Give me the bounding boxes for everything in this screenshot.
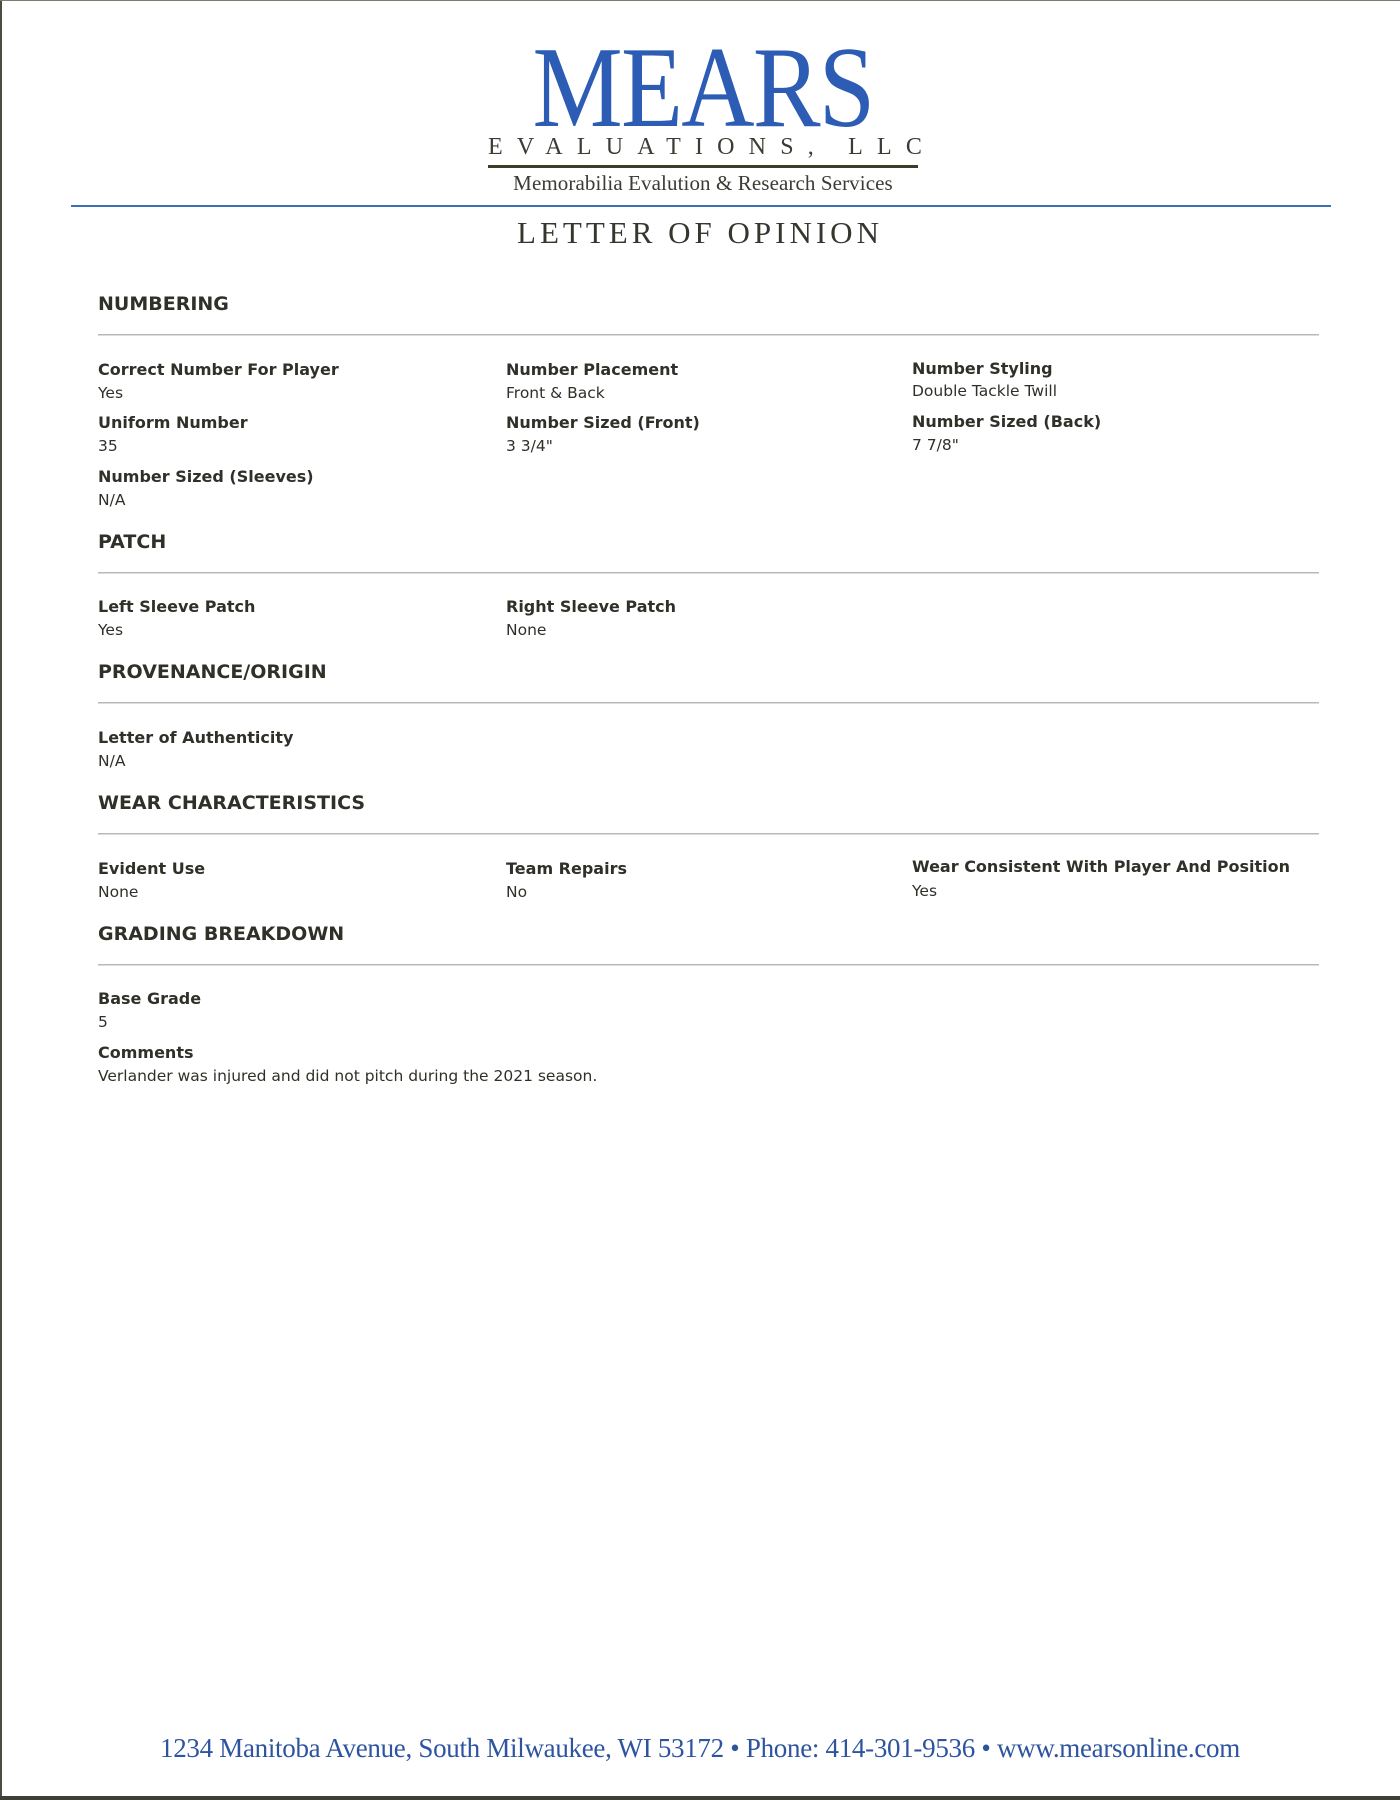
field-label: Uniform Number — [98, 413, 248, 433]
section-heading-wear: WEAR CHARACTERISTICS — [98, 792, 365, 814]
field-label: Evident Use — [98, 859, 205, 879]
document-title: LETTER OF OPINION — [0, 217, 1400, 249]
field-label: Number Styling — [912, 359, 1053, 379]
field-value: Front & Back — [506, 383, 605, 403]
field-label: Number Sized (Back) — [912, 412, 1101, 432]
logo-divider — [488, 165, 918, 168]
field-label: Comments — [98, 1043, 194, 1063]
field-value: 3 3/4" — [506, 436, 553, 456]
field-value: None — [98, 882, 138, 902]
brand-subtitle: EVALUATIONS, LLC — [488, 135, 918, 159]
field-label: Right Sleeve Patch — [506, 597, 676, 617]
section-divider — [98, 964, 1319, 966]
section-divider — [98, 702, 1319, 704]
field-label: Correct Number For Player — [98, 360, 339, 380]
field-label: Wear Consistent With Player And Position — [912, 857, 1290, 877]
field-label: Letter of Authenticity — [98, 728, 293, 748]
page-edge-left — [0, 0, 2, 1800]
section-heading-provenance: PROVENANCE/ORIGIN — [98, 661, 327, 683]
brand-tagline: Memorabilia Evalution & Research Service… — [488, 171, 918, 195]
field-value: 7 7/8" — [912, 435, 959, 455]
section-heading-numbering: NUMBERING — [98, 293, 229, 315]
header-rule — [71, 205, 1331, 207]
field-label: Team Repairs — [506, 859, 627, 879]
section-divider — [98, 833, 1319, 835]
field-label: Left Sleeve Patch — [98, 597, 255, 617]
comments-text: Verlander was injured and did not pitch … — [98, 1066, 597, 1086]
field-value: N/A — [98, 490, 125, 510]
field-value: 35 — [98, 436, 118, 456]
field-value: Yes — [98, 620, 123, 640]
field-value: None — [506, 620, 546, 640]
field-value: No — [506, 882, 527, 902]
section-heading-patch: PATCH — [98, 531, 166, 553]
field-value: Yes — [912, 881, 937, 901]
field-value: Yes — [98, 383, 123, 403]
field-value: 5 — [98, 1012, 108, 1032]
footer-contact: 1234 Manitoba Avenue, South Milwaukee, W… — [0, 1733, 1400, 1763]
field-label: Number Sized (Front) — [506, 413, 700, 433]
section-divider — [98, 334, 1319, 336]
field-label: Number Sized (Sleeves) — [98, 467, 314, 487]
field-label: Base Grade — [98, 989, 201, 1009]
field-value: Double Tackle Twill — [912, 381, 1057, 401]
page-edge-top — [0, 0, 1400, 1]
section-divider — [98, 572, 1319, 574]
section-heading-grading: GRADING BREAKDOWN — [98, 923, 344, 945]
field-value: N/A — [98, 751, 125, 771]
brand-logo: MEARS — [518, 30, 888, 146]
page-edge-bottom — [0, 1796, 1400, 1800]
field-label: Number Placement — [506, 360, 678, 380]
